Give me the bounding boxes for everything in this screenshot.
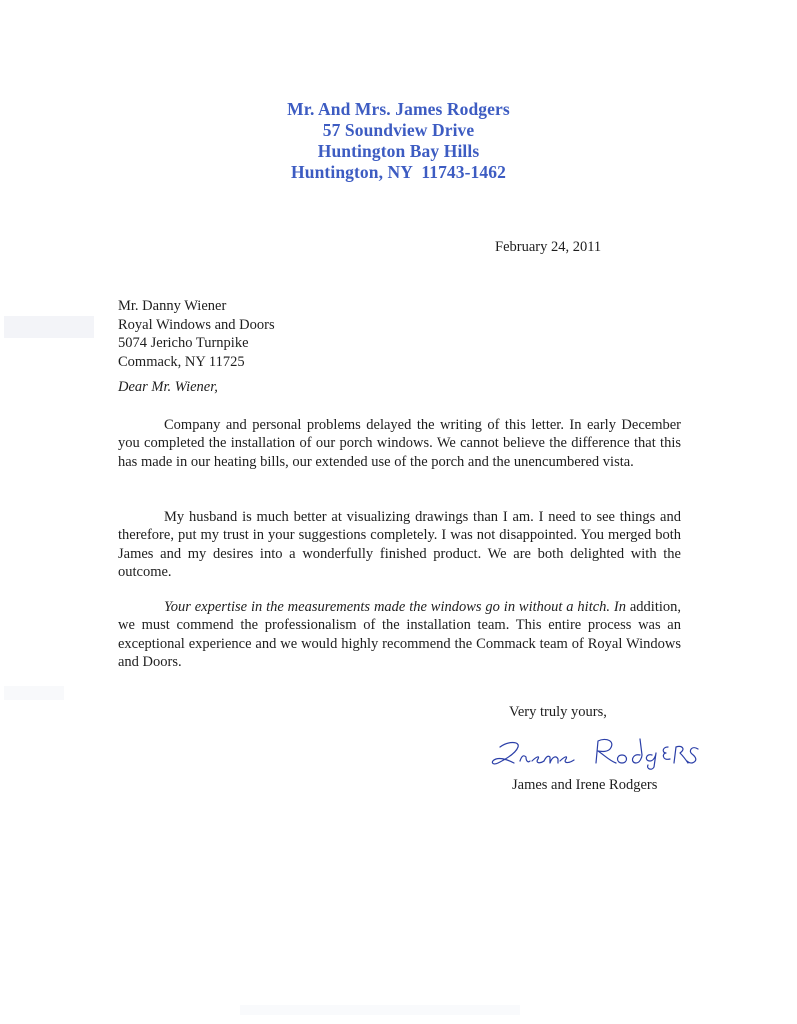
scan-artifact — [4, 686, 64, 700]
letter-date: February 24, 2011 — [495, 238, 601, 256]
letterhead: Mr. And Mrs. James Rodgers 57 Soundview … — [0, 99, 797, 183]
letterhead-area: Huntington Bay Hills — [0, 141, 797, 162]
body-paragraph-3: Your expertise in the measurements made … — [118, 598, 681, 671]
body-paragraph-1: Company and personal problems delayed th… — [118, 416, 681, 471]
closing: Very truly yours, — [509, 703, 607, 721]
letterhead-city: Huntington, NY 11743-1462 — [0, 162, 797, 183]
letterhead-street: 57 Soundview Drive — [0, 120, 797, 141]
body-paragraph-3-italic: Your expertise in the measurements made … — [164, 599, 626, 615]
recipient-name: Mr. Danny Wiener — [118, 297, 275, 316]
scan-artifact — [4, 316, 94, 338]
letterhead-name: Mr. And Mrs. James Rodgers — [0, 99, 797, 120]
signer-name: James and Irene Rodgers — [512, 776, 657, 794]
recipient-company: Royal Windows and Doors — [118, 316, 275, 335]
recipient-address: Mr. Danny Wiener Royal Windows and Doors… — [118, 297, 275, 371]
handwritten-signature — [480, 733, 700, 773]
scan-artifact — [240, 1005, 520, 1015]
salutation: Dear Mr. Wiener, — [118, 378, 218, 396]
recipient-street: 5074 Jericho Turnpike — [118, 334, 275, 353]
body-paragraph-2: My husband is much better at visualizing… — [118, 508, 681, 581]
letter-page: Mr. And Mrs. James Rodgers 57 Soundview … — [0, 0, 797, 1024]
recipient-city: Commack, NY 11725 — [118, 353, 275, 372]
